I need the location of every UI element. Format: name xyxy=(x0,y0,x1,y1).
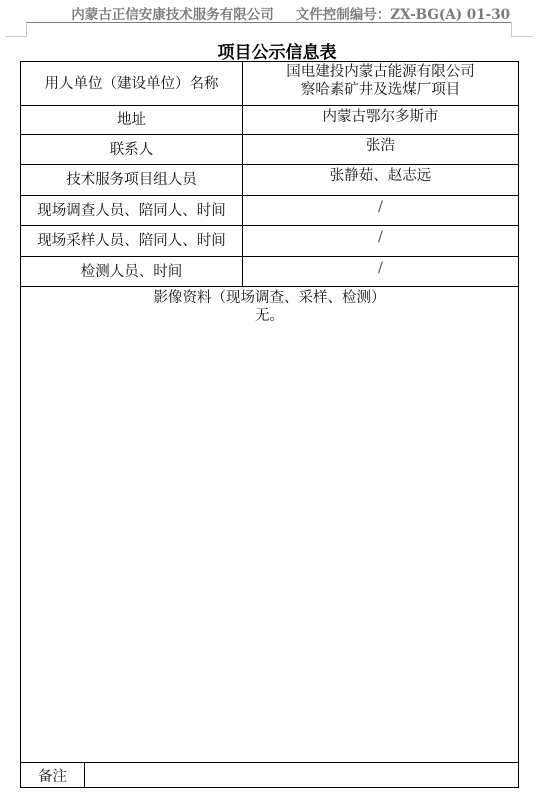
media-row: 影像资料（现场调查、采样、检测） 无。 xyxy=(21,287,519,763)
header-control-label: 文件控制编号： xyxy=(296,7,391,23)
row-value: / xyxy=(243,257,519,287)
media-cell: 影像资料（现场调查、采样、检测） 无。 xyxy=(21,287,519,763)
table-row: 地址 内蒙古鄂尔多斯市 xyxy=(21,106,519,135)
page-title: 项目公示信息表 xyxy=(0,38,554,63)
corner-mark-left-v xyxy=(26,22,27,36)
corner-mark-right-v xyxy=(511,22,512,36)
row-label: 现场调查人员、陪同人、时间 xyxy=(21,196,243,226)
media-heading: 影像资料（现场调查、采样、检测） xyxy=(21,289,518,307)
row-value: 张静茹、赵志远 xyxy=(243,165,519,196)
info-table: 用人单位（建设单位）名称 国电建投内蒙古能源有限公司 察哈素矿井及选煤厂项目 地… xyxy=(20,61,519,763)
row-value: / xyxy=(243,226,519,257)
table-row: 技术服务项目组人员 张静茹、赵志远 xyxy=(21,165,519,196)
media-content: 无。 xyxy=(21,307,518,325)
row-label: 地址 xyxy=(21,106,243,135)
remark-row: 备注 xyxy=(21,763,519,788)
corner-mark-right-h xyxy=(511,36,533,37)
row-value: 张浩 xyxy=(243,135,519,165)
table-row: 现场调查人员、陪同人、时间 / xyxy=(21,196,519,226)
remark-value xyxy=(85,763,519,788)
row-label: 联系人 xyxy=(21,135,243,165)
table-row: 联系人 张浩 xyxy=(21,135,519,165)
row-label: 技术服务项目组人员 xyxy=(21,165,243,196)
table-row: 现场采样人员、陪同人、时间 / xyxy=(21,226,519,257)
header-rule xyxy=(26,22,512,23)
header-control-number: ZX-BG(A) 01-30 xyxy=(390,7,510,23)
table-row: 检测人员、时间 / xyxy=(21,257,519,287)
corner-mark-left-h xyxy=(6,36,27,37)
document-header: 内蒙古正信安康技术服务有限公司文件控制编号：ZX-BG(A) 01-30 xyxy=(0,3,554,23)
remark-label: 备注 xyxy=(21,763,85,788)
row-value: 内蒙古鄂尔多斯市 xyxy=(243,106,519,135)
row-value-line2: 察哈素矿井及选煤厂项目 xyxy=(243,81,518,99)
row-value-line1: 国电建投内蒙古能源有限公司 xyxy=(243,63,518,81)
row-value: / xyxy=(243,196,519,226)
header-company: 内蒙古正信安康技术服务有限公司 xyxy=(71,7,274,23)
row-value: 国电建投内蒙古能源有限公司 察哈素矿井及选煤厂项目 xyxy=(243,62,519,106)
row-label: 用人单位（建设单位）名称 xyxy=(21,62,243,106)
table-row: 用人单位（建设单位）名称 国电建投内蒙古能源有限公司 察哈素矿井及选煤厂项目 xyxy=(21,62,519,106)
row-label: 现场采样人员、陪同人、时间 xyxy=(21,226,243,257)
remark-table: 备注 xyxy=(20,762,519,788)
row-label: 检测人员、时间 xyxy=(21,257,243,287)
